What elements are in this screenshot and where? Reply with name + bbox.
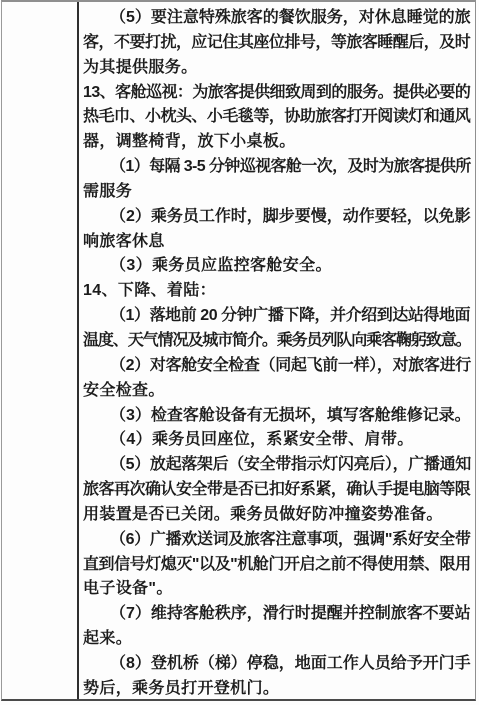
text-line: （6）广播欢送词及旅客注意事项，强调"系好安全带 bbox=[83, 528, 473, 553]
text-line: （8）登机桥（梯）停稳，地面工作人员给予开门手 bbox=[83, 652, 473, 677]
table-cell-left bbox=[2, 2, 79, 699]
text-line: 响旅客休息 bbox=[83, 230, 473, 255]
text-line: （3）乘务员应监控客舱安全。 bbox=[83, 254, 473, 279]
text-line: 需服务 bbox=[83, 180, 473, 205]
text-line: （1）每隔 3-5 分钟巡视客舱一次，及时为旅客提供所 bbox=[83, 155, 473, 180]
text-line: 用装置是否已关闭。乘务员做好防冲撞姿势准备。 bbox=[83, 503, 473, 528]
text-line: 起来。 bbox=[83, 627, 473, 652]
text-line: 客，不要打扰，应记住其座位排号，等旅客睡醒后，及时 bbox=[83, 31, 473, 56]
text-line: 安全检查。 bbox=[83, 379, 473, 404]
text-line: 热毛巾、小枕头、小毛毯等，协助旅客打开阅读灯和通风 bbox=[83, 105, 473, 130]
text-line: （2）乘务员工作时，脚步要慢，动作要轻，以免影 bbox=[83, 205, 473, 230]
text-line: 旅客再次确认安全带是否已扣好系紧，确认手提电脑等限 bbox=[83, 478, 473, 503]
procedure-table: （5）要注意特殊旅客的餐饮服务，对休息睡觉的旅客，不要打扰，应记住其座位排号，等… bbox=[1, 0, 476, 701]
text-line: 为其提供服务。 bbox=[83, 56, 473, 81]
text-line: 势后，乘务员打开登机门。 bbox=[83, 677, 473, 699]
text-line: 13、客舱巡视：为旅客提供细致周到的服务。提供必要的 bbox=[83, 81, 473, 106]
text-line: （2）对客舱安全检查（同起飞前一样），对旅客进行 bbox=[83, 354, 473, 379]
table-cell-right: （5）要注意特殊旅客的餐饮服务，对休息睡觉的旅客，不要打扰，应记住其座位排号，等… bbox=[79, 2, 475, 699]
text-line: （3）检查客舱设备有无损坏，填写客舱维修记录。 bbox=[83, 404, 473, 429]
text-line: （5）要注意特殊旅客的餐饮服务，对休息睡觉的旅 bbox=[83, 6, 473, 31]
text-line: （7）维持客舱秩序，滑行时提醒并控制旅客不要站 bbox=[83, 602, 473, 627]
text-line: 电子设备"。 bbox=[83, 577, 473, 602]
text-line: （1）落地前 20 分钟广播下降，并介绍到达站得地面 bbox=[83, 304, 473, 329]
text-line: 器，调整椅背，放下小桌板。 bbox=[83, 130, 473, 155]
text-line: （5）放起落架后（安全带指示灯闪亮后），广播通知 bbox=[83, 453, 473, 478]
text-line: 直到信号灯熄灭"以及"机舱门开启之前不得使用禁、限用 bbox=[83, 553, 473, 578]
text-line: （4）乘务员回座位，系紧安全带、肩带。 bbox=[83, 428, 473, 453]
text-line: 温度、天气情况及城市简介。乘务员列队向乘客鞠躬致意。 bbox=[83, 329, 473, 354]
document-page: （5）要注意特殊旅客的餐饮服务，对休息睡觉的旅客，不要打扰，应记住其座位排号，等… bbox=[0, 0, 479, 705]
text-line: 14、下降、着陆： bbox=[83, 279, 473, 304]
